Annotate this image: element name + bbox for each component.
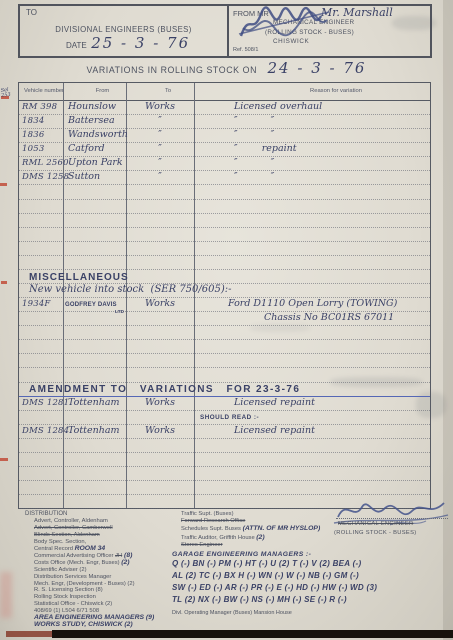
garage-codes: Q (-) BN (-) PM (-) HT (-) U (2) T (-) V… [172,558,453,605]
garage-code-line: TL (2) NX (-) BW (-) NS (-) MH (-) SE (-… [172,594,453,606]
column-header-to: To [134,88,202,94]
form-title-printed: VARIATIONS IN ROLLING STOCK ON [87,65,258,75]
cell-to: Works [126,392,194,410]
table-row [19,340,430,354]
form-title-date: 24 - 3 - 76 [268,59,367,77]
column-header-vehicle: Vehicle number [19,88,66,94]
cell-from: Tottenham [63,392,126,410]
table-row [19,256,430,270]
scan-edge-bar-red [6,631,54,637]
ref-number: Ref. 508/1 [233,47,258,53]
signature-line [336,518,448,519]
distribution-item: Mech. Engr, (Development - Buses) (2) [34,581,175,588]
distribution-item: WORKS STUDY, CHISWICK (2) [34,622,175,629]
form-title: VARIATIONS IN ROLLING STOCK ON 24 - 3 - … [0,59,453,78]
distribution-item: Central Record ROOM 34 [34,546,175,553]
table-row [19,242,430,256]
table-row [19,214,430,228]
distribution-item: Advert, Controller, Camberwell [34,525,175,532]
header-box: TO DIVISIONAL ENGINEERS (BUSES) DATE 25 … [18,4,432,58]
distribution-item: Blinds Section, Aldenham [34,532,175,539]
distribution-item: Distribution Services Manager [34,574,175,581]
date-value: 25 - 3 - 76 [91,34,190,52]
cell-to: ″ [126,166,194,184]
cell-to: Works [126,293,194,311]
edge-red-mark [0,183,7,186]
table-row [19,368,430,382]
distribution-item: Rolling Stock Inspection [34,594,175,601]
garage-code-line: AL (2) TC (-) BX H (-) WN (-) W (-) NB (… [172,570,453,582]
signer-title: MECHANICAL ENGINEER [338,521,413,527]
table-row: DMS 1284TottenhamWorksLicensed repaint [19,425,430,439]
table-row [19,453,430,467]
header-to-section: TO DIVISIONAL ENGINEERS (BUSES) DATE 25 … [20,6,227,56]
distribution-left: DISTRIBUTION Advert, Controller, Aldenha… [25,511,175,629]
distribution-item: Scientific Adviser (2) [34,567,175,574]
table-row [19,354,430,368]
distribution-item: Statistical Office - Chiswick (2) [34,601,175,608]
cell-from: Sutton [63,166,126,184]
cell-from-sub: LTD [115,310,124,315]
table-row [19,185,430,199]
distribution-item: R. S. Licensing Section (8) [34,587,175,594]
recipient: DIVISIONAL ENGINEERS (BUSES) [20,25,227,34]
edge-red-mark [1,281,7,284]
table-row [19,467,430,481]
cell-from: GODFREY DAVISLTD [63,293,126,311]
variations-table: Vehicle number From To Reason for variat… [18,82,431,509]
to-label: TO [26,8,37,17]
scanned-form-page: TO DIVISIONAL ENGINEERS (BUSES) DATE 25 … [0,0,453,640]
table-row: Chassis No BC01RS 67011 [19,312,430,326]
cell-reason: Licensed repaint [194,420,430,438]
variations-table-body: RM 398HounslowWorksLicensed overhaul1834… [19,101,430,509]
distribution-item: Advert, Controller, Aldenham [34,518,175,525]
edge-red-mark [0,458,8,461]
scan-pink-smudge [0,572,12,618]
date-label: DATE [66,41,87,50]
table-row [19,200,430,214]
column-header-from: From [66,88,134,94]
distribution-left-list: Advert, Controller, AldenhamAdvert, Cont… [25,518,175,629]
table-row [19,481,430,495]
column-header-reason: Reason for variation [202,88,430,94]
header-from-section: FROM MR Mr. Marshall MECHANICAL ENGINEER… [227,6,430,56]
operating-manager-note: Divl. Operating Manager (Buses) Mansion … [172,610,453,617]
distribution-item: Costs Office (Mech. Engr, Buses) (2) [34,560,175,567]
garage-heading: GARAGE ENGINEERING MANAGERS :- [172,551,453,558]
crossed-out-scribble-icon [237,6,333,40]
table-row [19,439,430,453]
table-row: DMS 1258Sutton″″ ″ [19,171,430,185]
cell-to: Works [126,420,194,438]
garage-code-line: Q (-) BN (-) PM (-) HT (-) U (2) T (-) V… [172,558,453,570]
cell-reason: ″ ″ [194,166,430,184]
date-line: DATE 25 - 3 - 76 [66,34,190,53]
scan-edge-bar [52,630,453,638]
cell-vehicle: DMS 1281 [19,392,63,410]
distribution-heading: DISTRIBUTION [25,511,175,518]
cell-vehicle: DMS 1284 [19,420,63,438]
cell-from: Tottenham [63,420,126,438]
cell-reason: Chassis No BC01RS 67011 [194,307,430,325]
cell-vehicle: DMS 1258 [19,166,63,184]
table-row [19,326,430,340]
signer-dept: (ROLLING STOCK - BUSES) [334,530,417,536]
table-row [19,228,430,242]
distribution-item: Stores Engineer [181,542,453,549]
margin-note: Sel 253 [1,87,18,99]
garage-code-line: SW (-) ED (-) AR (-) PR (-) E (-) HD (-)… [172,582,453,594]
distribution-item: Commercial Advertising Officer JH (8) [34,553,175,560]
cell-vehicle: 1934F [19,293,63,311]
